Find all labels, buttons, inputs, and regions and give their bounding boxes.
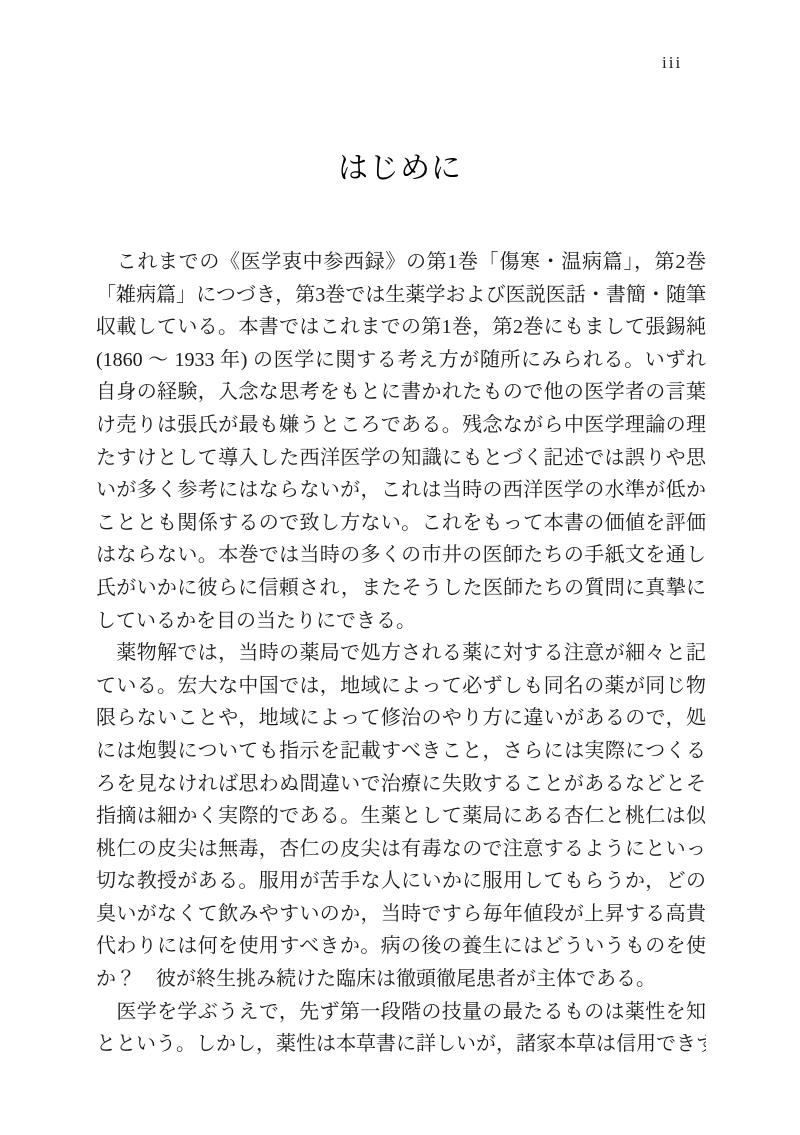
body-text: これまでの《医学衷中参西録》の第1巻「傷寒・温病篇」，第2巻「雑病篇」につづき，… bbox=[96, 246, 706, 1061]
text-line: 代わりには何を使用すべきか。病の後の養生にはどういうものを使う bbox=[96, 930, 706, 963]
paragraph: 医学を学ぶうえで，先ず第一段階の技量の最たるものは薬性を知ることという。しかし，… bbox=[96, 996, 706, 1061]
text-line: 薬物解では，当時の薬局で処方される薬に対する注意が細々と記され bbox=[96, 637, 706, 670]
text-line: ている。宏大な中国では，地域によって必ずしも同名の薬が同じ物とは bbox=[96, 670, 706, 703]
paragraph: 薬物解では，当時の薬局で処方される薬に対する注意が細々と記されている。宏大な中国… bbox=[96, 637, 706, 996]
book-page: iii はじめに これまでの《医学衷中参西録》の第1巻「傷寒・温病篇」，第2巻「… bbox=[0, 0, 800, 1135]
page-title: はじめに bbox=[0, 143, 800, 187]
text-line: か？ 彼が終生挑み続けた臨床は徹頭徹尾患者が主体である。 bbox=[96, 963, 706, 996]
text-line: ろを見なければ思わぬ間違いで治療に失敗することがあるなどとその bbox=[96, 768, 706, 801]
text-line: 自身の経験，入念な思考をもとに書かれたもので他の医学者の言葉の受 bbox=[96, 376, 706, 409]
text-line: これまでの《医学衷中参西録》の第1巻「傷寒・温病篇」，第2巻 bbox=[96, 246, 706, 279]
page-number: iii bbox=[662, 53, 682, 73]
text-line: 指摘は細かく実際的である。生薬として薬局にある杏仁と桃仁は似るが， bbox=[96, 800, 706, 833]
text-line: 限らないことや，地域によって修治のやり方に違いがあるので，処方箋 bbox=[96, 702, 706, 735]
text-line: 医学を学ぶうえで，先ず第一段階の技量の最たるものは薬性を知るこ bbox=[96, 996, 706, 1029]
text-line: しているかを目の当たりにできる。 bbox=[96, 605, 706, 638]
text-line: 収載している。本書ではこれまでの第1巻，第2巻にもまして張錫純 bbox=[96, 311, 706, 344]
text-line: には炮製についても指示を記載すべきこと，さらには実際につくるとこ bbox=[96, 735, 706, 768]
text-line: はならない。本巻では当時の多くの市井の医師たちの手紙文を通して張 bbox=[96, 539, 706, 572]
text-line: 切な教授がある。服用が苦手な人にいかに服用してもらうか，どの薬が bbox=[96, 865, 706, 898]
text-line: 桃仁の皮尖は無毒，杏仁の皮尖は有毒なので注意するようにといった親 bbox=[96, 833, 706, 866]
text-line: 「雑病篇」につづき，第3巻では生薬学および医説医話・書簡・随筆を bbox=[96, 279, 706, 312]
text-line: とという。しかし，薬性は本草書に詳しいが，諸家本草は信用できず， bbox=[96, 1028, 706, 1061]
text-line: け売りは張氏が最も嫌うところである。残念ながら中医学理論の理解の bbox=[96, 409, 706, 442]
text-line: (1860 ～ 1933 年) の医学に関する考え方が随所にみられる。いずれも bbox=[96, 344, 706, 377]
text-line: たすけとして導入した西洋医学の知識にもとづく記述では誤りや思い違 bbox=[96, 442, 706, 475]
text-line: 臭いがなくて飲みやすいのか，当時ですら毎年値段が上昇する高貴薬の bbox=[96, 898, 706, 931]
text-line: 氏がいかに彼らに信頼され，またそうした医師たちの質問に真摯に対応 bbox=[96, 572, 706, 605]
text-line: こととも関係するので致し方ない。これをもって本書の価値を評価して bbox=[96, 507, 706, 540]
text-line: いが多く参考にはならないが，これは当時の西洋医学の水準が低かった bbox=[96, 474, 706, 507]
paragraph: これまでの《医学衷中参西録》の第1巻「傷寒・温病篇」，第2巻「雑病篇」につづき，… bbox=[96, 246, 706, 637]
